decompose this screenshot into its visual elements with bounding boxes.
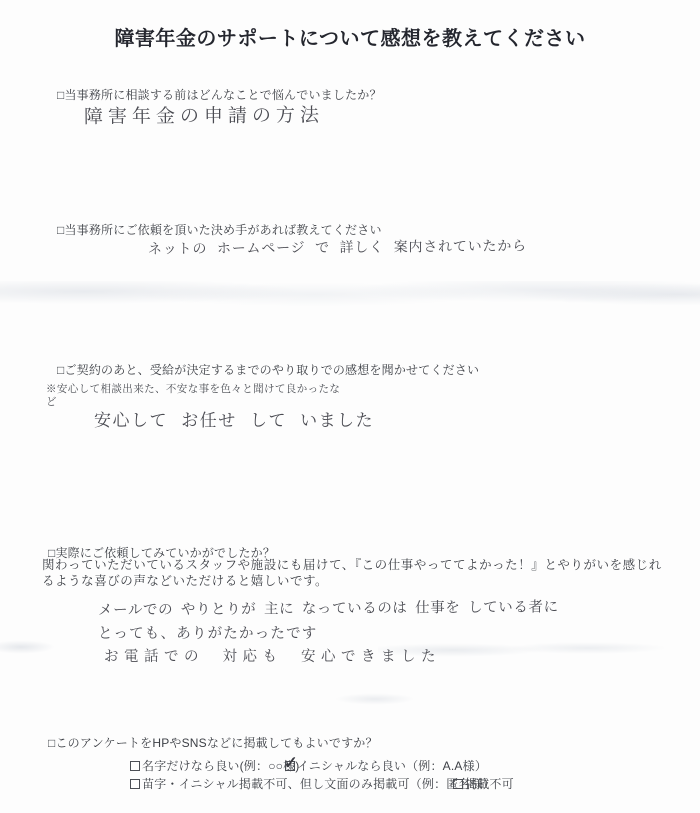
publish-option-label: イニシャルなら良い（例：A.A様）: [297, 757, 487, 774]
check-mark-icon: ✓: [284, 752, 298, 774]
checkbox-icon: ✓: [453, 779, 463, 789]
question-4-description: 関わっていただいているスタッフや施設にも届けて、『この仕事やっててよかった！』と…: [42, 558, 674, 589]
question-2-label: □当事務所にご依頼を頂いた決め手があれば教えてください: [57, 221, 382, 238]
question-3-label: □ご契約のあと、受給が決定するまでのやり取りでの感想を聞かせてください: [57, 361, 479, 378]
checkbox-icon: ✓: [130, 779, 140, 789]
checkbox-icon: ✓: [285, 761, 295, 771]
checkbox-icon: ✓: [130, 761, 140, 771]
question-1-handwritten-answer: 障害年金の申請の方法: [84, 100, 324, 129]
question-5-label: □このアンケートをHPやSNSなどに掲載してもよいですか？: [48, 734, 378, 751]
publish-option-label: 掲載不可: [465, 775, 514, 792]
publish-option-not-allowed: ✓ 掲載不可: [453, 775, 514, 792]
question-2-handwritten-answer: ネットの ホームページ で 詳しく 案内されていたから: [148, 235, 527, 258]
publish-option-surname-ok: ✓ 名字だけなら良い(例：○○様): [130, 757, 300, 774]
publish-option-label: 名字だけなら良い(例：○○様): [142, 757, 300, 774]
question-4-handwritten-answer-line: お電話での 対応も 安心できました: [104, 645, 441, 666]
question-4-handwritten-answer-line: メールでの やりとりが 主に なっているのは 仕事を している者に: [98, 595, 559, 619]
publish-option-text-only: ✓ 苗字・イニシャル掲載不可、但し文面のみ掲載可（例：匿名様）: [130, 775, 495, 792]
scan-artifact: [0, 640, 70, 654]
page-title: 障害年金のサポートについて感想を教えてください: [0, 22, 700, 51]
scanned-questionnaire: 障害年金のサポートについて感想を教えてください □当事務所に相談する前はどんなこ…: [0, 0, 700, 813]
question-4-handwritten-answer-line: とっても、ありがたかったです: [98, 622, 318, 643]
publish-option-initials-ok: ✓ イニシャルなら良い（例：A.A様）: [285, 757, 487, 774]
scan-artifact: [330, 693, 420, 705]
question-3-handwritten-answer: 安心して お任せ して いました: [94, 406, 374, 431]
scan-artifact: [0, 281, 700, 311]
publish-option-label: 苗字・イニシャル掲載不可、但し文面のみ掲載可（例：匿名様）: [142, 775, 495, 792]
